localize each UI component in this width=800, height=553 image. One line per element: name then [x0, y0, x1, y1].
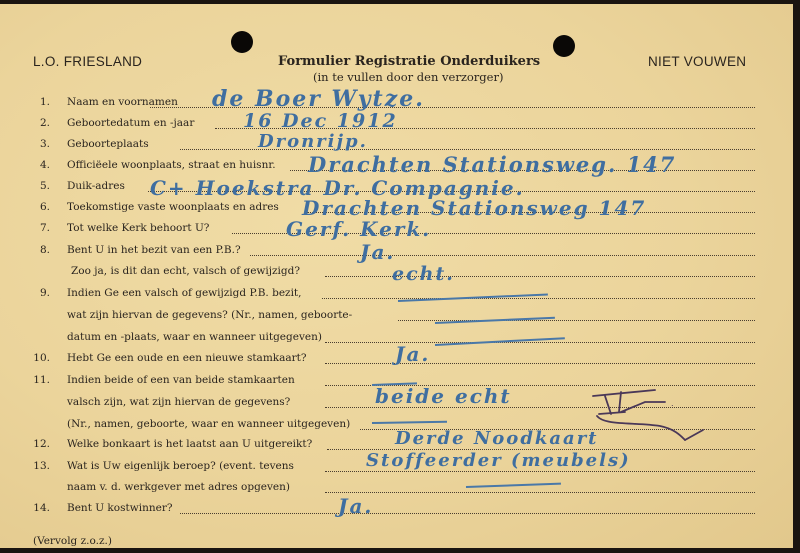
do-not-fold-label: NIET VOUWEN: [648, 54, 746, 69]
answer-church: Gerf. Kerk.: [286, 217, 431, 241]
field-label: Duik-adres: [67, 180, 125, 192]
footer-continued: (Vervolg z.o.z.): [33, 535, 112, 547]
answer-line: [322, 298, 755, 299]
field-label: Geboorteplaats: [67, 138, 149, 150]
field-label: wat zijn hiervan de gegevens? (Nr., name…: [67, 309, 352, 321]
answer-has-pb: Ja.: [360, 240, 395, 264]
field-label: Tot welke Kerk behoort U?: [67, 222, 209, 234]
answer-name: de Boer Wytze.: [212, 86, 425, 112]
field-number: 12.: [24, 438, 50, 450]
field-number: 11.: [24, 374, 50, 386]
field-label: Wat is Uw eigenlijk beroep? (event. teve…: [67, 460, 294, 472]
form-row: wat zijn hiervan de gegevens? (Nr., name…: [0, 308, 793, 324]
answer-stamkaart-details: beide echt: [375, 384, 512, 408]
annotation-mark-icon: .: [585, 374, 705, 444]
field-number: 2.: [24, 117, 50, 129]
field-label: Bent U kostwinner?: [67, 502, 172, 514]
field-number: 10.: [24, 352, 50, 364]
answer-line: [325, 363, 755, 364]
field-label: Geboortedatum en -jaar: [67, 117, 194, 129]
field-label: (Nr., namen, geboorte, waar en wanneer u…: [67, 418, 350, 430]
field-label: datum en -plaats, waar en wanneer uitgeg…: [67, 331, 322, 343]
field-label: Indien Ge een valsch of gewijzigd P.B. b…: [67, 287, 302, 299]
answer-line: [325, 471, 755, 472]
answer-stamkaart: Ja.: [395, 342, 430, 366]
field-number: 13.: [24, 460, 50, 472]
field-number: 5.: [24, 180, 50, 192]
field-number: 1.: [24, 96, 50, 108]
form-row: 8.Bent U in het bezit van een P.B.?: [0, 243, 793, 259]
field-label: Officiëele woonplaats, straat en huisnr.: [67, 159, 276, 171]
field-number: 4.: [24, 159, 50, 171]
form-row: 9.Indien Ge een valsch of gewijzigd P.B.…: [0, 286, 793, 302]
svg-text:.: .: [671, 399, 674, 408]
registration-card: L.O. FRIESLAND Formulier Registratie Ond…: [0, 4, 793, 548]
answer-occupation: Stoffeerder (meubels): [366, 450, 631, 471]
form-row: 3.Geboorteplaats: [0, 137, 793, 153]
form-subtitle: (in te vullen door den verzorger): [313, 70, 503, 84]
field-number: 7.: [24, 222, 50, 234]
answer-line: [180, 513, 755, 514]
form-row: 14.Bent U kostwinner?: [0, 501, 793, 517]
answer-birthplace: Dronrijp.: [258, 131, 368, 152]
answer-breadwinner: Ja.: [338, 494, 373, 518]
field-label: valsch zijn, wat zijn hiervan de gegeven…: [67, 396, 290, 408]
form-row: naam v. d. werkgever met adres opgeven): [0, 480, 793, 496]
field-number: 9.: [24, 287, 50, 299]
answer-line: [250, 255, 755, 256]
punch-hole-right: [553, 35, 575, 57]
field-label: Hebt Ge een oude en een nieuwe stamkaart…: [67, 352, 307, 364]
field-label: Toekomstige vaste woonplaats en adres: [67, 201, 279, 213]
answer-official-address: Drachten Stationsweg. 147: [308, 152, 676, 177]
answer-birthdate: 16 Dec 1912: [243, 110, 398, 132]
field-label: Bent U in het bezit van een P.B.?: [67, 244, 241, 256]
field-number: 6.: [24, 201, 50, 213]
answer-ration-card: Derde Noodkaart: [395, 428, 599, 449]
field-label: Welke bonkaart is het laatst aan U uitge…: [67, 438, 312, 450]
field-number: 3.: [24, 138, 50, 150]
field-label: Zoo ja, is dit dan echt, valsch of gewij…: [71, 265, 300, 277]
organization-label: L.O. FRIESLAND: [33, 54, 142, 69]
form-title: Formulier Registratie Onderduikers: [278, 54, 540, 69]
answer-line: [325, 276, 755, 277]
field-label: naam v. d. werkgever met adres opgeven): [67, 481, 290, 493]
answer-pb-type: echt.: [392, 263, 455, 285]
field-number: 14.: [24, 502, 50, 514]
answer-line: [325, 342, 755, 343]
answer-line: [325, 492, 755, 493]
field-number: 8.: [24, 244, 50, 256]
punch-hole-left: [231, 31, 253, 53]
field-label: Indien beide of een van beide stamkaarte…: [67, 374, 295, 386]
